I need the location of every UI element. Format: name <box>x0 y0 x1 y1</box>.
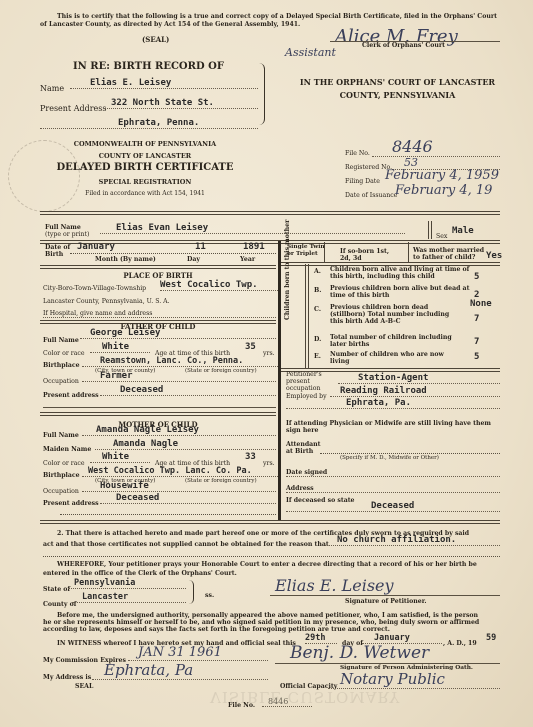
attendant-note: If attending Physician or Midwife are st… <box>286 420 504 434</box>
father-address: Deceased <box>100 385 276 396</box>
sex-label: Sex <box>436 233 447 240</box>
state-value: Pennsylvania <box>68 578 186 589</box>
row-d-letter: D. <box>314 336 321 343</box>
mother-maiden: Amanda Nagle <box>95 439 276 450</box>
witness-year: 59 <box>486 633 496 643</box>
notary-address: Ephrata, Pa <box>92 661 268 680</box>
in-re-name: Elias E. Leisey <box>70 78 258 89</box>
assistant-signature: Assistant <box>285 46 336 59</box>
father-name-label: Full Name <box>43 337 79 344</box>
row-a-letter: A. <box>314 268 321 275</box>
county-line: Lancaster County, Pennsylvania, U. S. A. <box>43 298 170 305</box>
notary-signature: Benj. D. Wetwer <box>290 643 429 663</box>
certificate-title: DELAYED BIRTH CERTIFICATE <box>40 162 250 173</box>
row-a-text: Children born alive and living at time o… <box>330 266 480 280</box>
my-address-label: My Address is <box>43 674 91 681</box>
city-label: City-Boro-Town-Village-Township <box>43 285 146 292</box>
mother-birthplace: West Cocalico Twp. Lanc. Co. Pa. <box>82 466 278 477</box>
employer: Reading Railroad <box>330 386 500 397</box>
father-birthplace: Reamstown, Lanc. Co., Penna. <box>82 356 278 367</box>
father-birthplace-label: Birthplace <box>43 362 80 369</box>
row-e-text: Number of children who are now living <box>330 351 460 365</box>
in-re-title: IN RE: BIRTH RECORD OF <box>73 61 224 72</box>
father-name: George Leisey <box>80 328 276 339</box>
mother-birthplace-label: Birthplace <box>43 472 80 479</box>
footer-file-no-label: File No. <box>228 702 255 709</box>
present-address-label: Present Address <box>40 105 106 113</box>
before-line-1: Before me, the undersigned authority, pe… <box>57 612 507 619</box>
before-line-3: according to law, deposes and says the f… <box>43 626 503 633</box>
row-c-total: 7 <box>474 314 479 324</box>
wherefore-line-1: WHEREFORE, Your petitioner prays your Ho… <box>57 561 507 568</box>
place-of-birth-heading: PLACE OF BIRTH <box>40 272 276 279</box>
dob-year: 1891 <box>243 242 265 252</box>
father-address-label: Present address <box>43 392 99 399</box>
single-twin-label: Single Twin or Triplet <box>287 244 327 258</box>
petitioner-signature-label: Signature of Petitioner. <box>345 598 427 605</box>
row-e-value: 5 <box>474 352 479 362</box>
file-no: 8446 <box>372 137 500 157</box>
row-a-value: 5 <box>474 272 479 282</box>
filed-note: Filed in accordance with Act 154, 1941 <box>40 190 250 197</box>
child-full-name: Elias Evan Leisey <box>100 223 405 234</box>
row-b-text: Previous children born alive but dead at… <box>330 285 470 299</box>
oath-brace <box>188 580 194 604</box>
wherefore-line-2: entered in the office of the Clerk of th… <box>43 570 237 577</box>
father-occupation: Farmer <box>82 371 276 382</box>
so-born-label: If so-born 1st, 2d, 3d <box>340 248 400 262</box>
commission-date: JAN 31 1961 <box>128 645 268 661</box>
row-e-letter: E. <box>314 353 321 360</box>
brace <box>258 63 265 125</box>
birth-city: West Cocalico Twp. <box>160 280 278 291</box>
notary-seal-label: SEAL <box>75 683 93 690</box>
attendant-deceased: Deceased <box>286 501 500 512</box>
special-registration: SPECIAL REGISTRATION <box>40 178 250 186</box>
sex-value: Male <box>452 226 474 236</box>
row-c-text: Previous children born dead (stillborn) … <box>330 304 460 325</box>
mother-name: Amanda Nagle Leisey <box>82 425 276 436</box>
dob-month: January <box>77 242 115 252</box>
mother-occupation: Housewife <box>82 481 276 492</box>
petitioner-occupation: Station-Agent <box>338 373 500 384</box>
in-re-address-2: Ephrata, Penna. <box>40 118 258 129</box>
paragraph-2-line-2: act and that those certificates not supp… <box>43 541 329 548</box>
mother-color: White <box>90 452 150 463</box>
attendant-address-label: Address <box>286 485 500 493</box>
county-of: COUNTY OF LANCASTER <box>40 152 250 160</box>
dob-label: Date of Birth <box>45 244 73 258</box>
filing-date-label: Filing Date <box>345 178 380 185</box>
day-label: Day <box>187 256 200 263</box>
issuance-date: February 4, 19 <box>395 183 492 198</box>
father-occupation-label: Occupation <box>43 378 79 385</box>
row-d-value: 7 <box>474 337 479 347</box>
father-color-label: Color or race <box>43 350 85 357</box>
married-label: Was mother married to father of child? <box>413 247 493 261</box>
row-c-value: None <box>470 299 492 309</box>
year-label: Year <box>240 256 255 263</box>
date-signed-label: Date signed <box>286 469 500 477</box>
row-b-letter: B. <box>314 287 321 294</box>
full-name-sub: (type or print) <box>45 231 89 238</box>
issuance-label: Date of Issuance <box>345 192 397 199</box>
month-label: Month (By name) <box>95 256 156 263</box>
reason-value: No church affiliation. <box>325 535 500 546</box>
mother-address-label: Present address <box>43 500 99 507</box>
row-d-text: Total number of children including later… <box>330 334 460 348</box>
file-no-label: File No. <box>345 150 370 157</box>
married-value: Yes <box>486 251 502 261</box>
mother-age: 33 <box>245 452 256 462</box>
filing-date: February 4, 1959 <box>385 168 499 183</box>
attendant-label: Attendant at Birth <box>286 441 322 455</box>
court-line-2: COUNTY, PENNSYLVANIA <box>280 90 515 100</box>
official-capacity: Notary Public <box>328 670 500 689</box>
ss-label: ss. <box>205 592 214 599</box>
clerk-title: Clerk of Orphans' Court <box>362 42 445 49</box>
certify-line-2: of Lancaster County, as directed by Act … <box>40 21 340 28</box>
hospital-label: If Hospital, give name and address <box>43 310 276 318</box>
embossed-seal <box>8 140 80 212</box>
court-line-1: IN THE ORPHANS' COURT OF LANCASTER <box>280 77 515 87</box>
children-side-label: Children born to this mother <box>284 220 291 320</box>
state-of-label: State of <box>43 586 70 593</box>
mother-address: Deceased <box>100 493 276 504</box>
mother-maiden-label: Maiden Name <box>43 446 91 453</box>
full-name-label: Full Name <box>45 224 81 231</box>
employer-location: Ephrata, Pa. <box>286 398 500 409</box>
mother-color-label: Color or race <box>43 460 85 467</box>
before-line-2: he or she represents himself or herself … <box>43 619 503 626</box>
seal-label: (SEAL) <box>142 36 169 44</box>
name-label: Name <box>40 85 64 93</box>
in-re-address-1: 322 North State St. <box>105 98 258 109</box>
ad-label: , A. D., 19 <box>443 640 477 647</box>
commonwealth: COMMONWEALTH OF PENNSYLVANIA <box>40 140 250 148</box>
father-age: 35 <box>245 342 256 352</box>
row-c-letter: C. <box>314 306 321 313</box>
dob-day: 11 <box>195 242 206 252</box>
mother-name-label: Full Name <box>43 432 79 439</box>
father-color: White <box>90 342 150 353</box>
county-value: Lancaster <box>72 592 186 603</box>
mother-occupation-label: Occupation <box>43 488 79 495</box>
petitioner-signature: Elias E. Leisey <box>275 576 394 595</box>
birth-certificate-document: VISIBLE CUSTOMARY This is to certify tha… <box>0 0 533 727</box>
specify-note: (Specify if M. D., Midwife or Other) <box>340 455 439 462</box>
footer-file-no: 8446 <box>262 697 312 707</box>
certify-line-1: This is to certify that the following is… <box>57 13 507 20</box>
